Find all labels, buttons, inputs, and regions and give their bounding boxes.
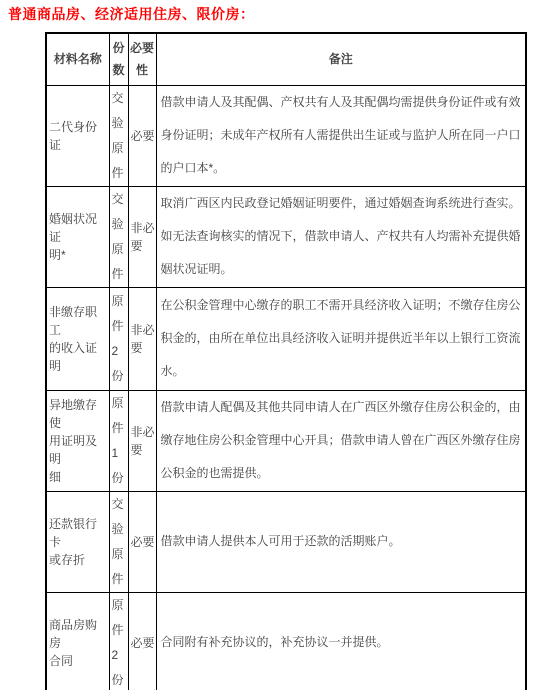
cell-name: 非缴存职工 的收入证明	[46, 287, 109, 390]
table-row: 二代身份证交 验 原 件必要借款申请人及其配偶、产权共有人及其配偶均需提供身份证…	[46, 85, 526, 186]
cell-necessity: 必要	[128, 85, 156, 186]
column-header-necessity: 必要 性	[128, 33, 156, 85]
table-row: 还款银行卡 或存折交 验 原 件必要借款申请人提供本人可用于还款的活期账户。	[46, 491, 526, 592]
table-row: 非缴存职工 的收入证明原 件 2 份非必 要在公积金管理中心缴存的职工不需开具经…	[46, 287, 526, 390]
cell-name: 婚姻状况证 明*	[46, 186, 109, 287]
cell-remark: 合同附有补充协议的，补充协议一并提供。	[156, 592, 526, 690]
column-header-copies: 份 数	[109, 33, 128, 85]
cell-copies: 交 验 原 件	[109, 491, 128, 592]
cell-copies: 原 件 1 份	[109, 390, 128, 491]
materials-table: 材料名称 份 数 必要 性 备注 二代身份证交 验 原 件必要借款申请人及其配偶…	[45, 32, 527, 690]
cell-copies: 交 验 原 件	[109, 85, 128, 186]
cell-copies: 原 件 2 份	[109, 592, 128, 690]
cell-name: 还款银行卡 或存折	[46, 491, 109, 592]
table-row: 婚姻状况证 明*交 验 原 件非必 要取消广西区内民政登记婚姻证明要件，通过婚姻…	[46, 186, 526, 287]
cell-copies: 交 验 原 件	[109, 186, 128, 287]
cell-copies: 原 件 2 份	[109, 287, 128, 390]
cell-remark: 借款申请人提供本人可用于还款的活期账户。	[156, 491, 526, 592]
cell-necessity: 非必 要	[128, 186, 156, 287]
table-row: 商品房购房 合同原 件 2 份必要合同附有补充协议的，补充协议一并提供。	[46, 592, 526, 690]
cell-remark: 借款申请人及其配偶、产权共有人及其配偶均需提供身份证件或有效 身份证明；未成年产…	[156, 85, 526, 186]
cell-name: 商品房购房 合同	[46, 592, 109, 690]
cell-necessity: 非必 要	[128, 390, 156, 491]
cell-name: 异地缴存使 用证明及明 细	[46, 390, 109, 491]
cell-name: 二代身份证	[46, 85, 109, 186]
page-title: 普通商品房、经济适用住房、限价房：	[0, 0, 553, 22]
materials-table-body: 二代身份证交 验 原 件必要借款申请人及其配偶、产权共有人及其配偶均需提供身份证…	[46, 85, 526, 690]
cell-necessity: 必要	[128, 491, 156, 592]
cell-remark: 在公积金管理中心缴存的职工不需开具经济收入证明；不缴存住房公 积金的，由所在单位…	[156, 287, 526, 390]
table-row: 异地缴存使 用证明及明 细原 件 1 份非必 要借款申请人配偶及其他共同申请人在…	[46, 390, 526, 491]
column-header-material-name: 材料名称	[46, 33, 109, 85]
table-header-row: 材料名称 份 数 必要 性 备注	[46, 33, 526, 85]
column-header-remark: 备注	[156, 33, 526, 85]
cell-necessity: 必要	[128, 592, 156, 690]
cell-remark: 借款申请人配偶及其他共同申请人在广西区外缴存住房公积金的，由 缴存地住房公积金管…	[156, 390, 526, 491]
cell-necessity: 非必 要	[128, 287, 156, 390]
cell-remark: 取消广西区内民政登记婚姻证明要件，通过婚姻查询系统进行查实。 如无法查询核实的情…	[156, 186, 526, 287]
